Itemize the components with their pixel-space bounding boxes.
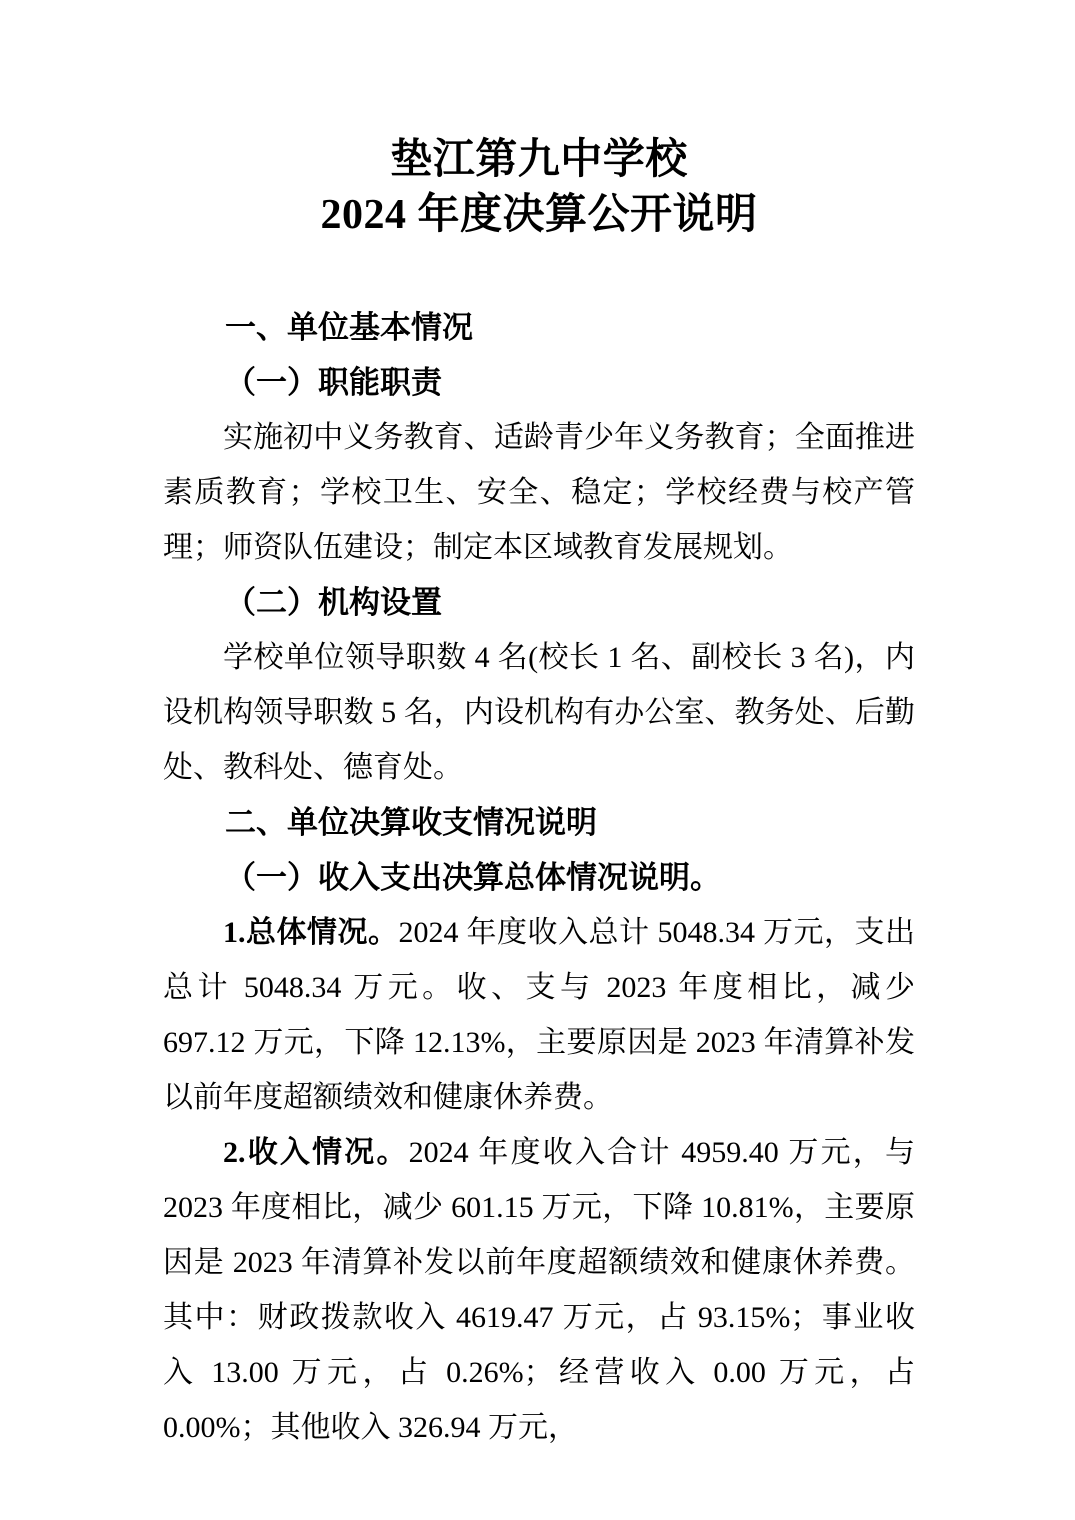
- paragraph-overall-situation: 1.总体情况。2024 年度收入总计 5048.34 万元，支出总计 5048.…: [163, 905, 915, 1125]
- paragraph-org-structure: 学校单位领导职数 4 名(校长 1 名、副校长 3 名)，内设机构领导职数 5 …: [163, 630, 915, 795]
- document-body: 一、单位基本情况 （一）职能职责 实施初中义务教育、适龄青少年义务教育；全面推进…: [163, 300, 915, 1455]
- subsection-heading-org-structure: （二）机构设置: [163, 575, 915, 630]
- document-page: 垫江第九中学校 2024 年度决算公开说明 一、单位基本情况 （一）职能职责 实…: [0, 0, 1075, 1520]
- section-heading-basic-info: 一、单位基本情况: [163, 300, 915, 355]
- paragraph-duties: 实施初中义务教育、适龄青少年义务教育；全面推进素质教育；学校卫生、安全、稳定；学…: [163, 410, 915, 575]
- title-line-1: 垫江第九中学校: [163, 133, 915, 188]
- paragraph-overall-situation-lead: 1.总体情况。: [223, 916, 399, 949]
- subsection-heading-overall-explanation: （一）收入支出决算总体情况说明。: [163, 850, 915, 905]
- paragraph-income-situation-lead: 2.收入情况。: [223, 1136, 409, 1169]
- paragraph-income-situation: 2.收入情况。2024 年度收入合计 4959.40 万元，与 2023 年度相…: [163, 1125, 915, 1455]
- document-title: 垫江第九中学校 2024 年度决算公开说明: [163, 133, 915, 243]
- section-heading-budget-final-accounts: 二、单位决算收支情况说明: [163, 795, 915, 850]
- paragraph-income-situation-text: 2024 年度收入合计 4959.40 万元，与 2023 年度相比，减少 60…: [163, 1136, 915, 1444]
- title-line-2: 2024 年度决算公开说明: [163, 188, 915, 243]
- subsection-heading-duties: （一）职能职责: [163, 355, 915, 410]
